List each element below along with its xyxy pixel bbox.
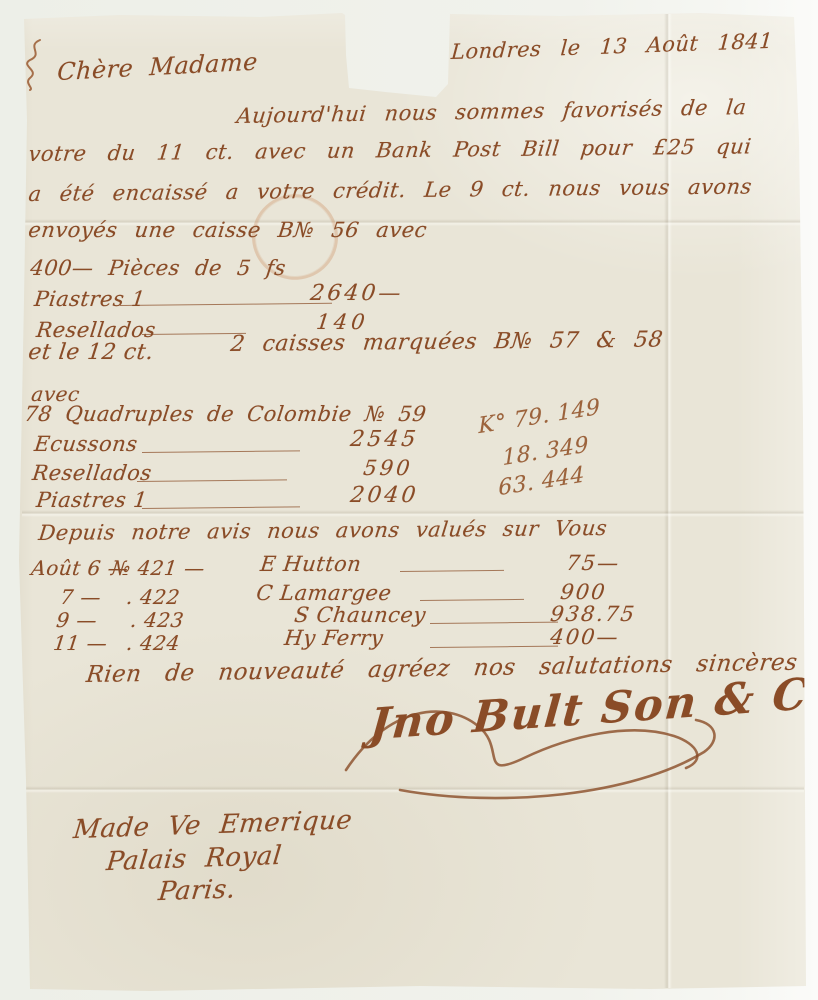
draft-number: . 424 [125, 631, 181, 655]
second-shipment-text: 2 caisses marquées B№ 57 & 58 [229, 327, 664, 357]
ledger-rule [142, 506, 300, 509]
shipment2-row-label: Ecussons [33, 432, 139, 456]
dateline: Londres le 13 Août 1841 [450, 29, 774, 64]
shipment2-row-label: Resellados [31, 461, 153, 485]
address-line-2: Palais Royal [105, 841, 283, 877]
draft-name: C Lamargee [255, 581, 393, 605]
draft-date: 9 — [55, 608, 99, 632]
shipment2-row-label: Piastres 1 [35, 488, 149, 512]
draft-date: 11 — [52, 631, 109, 655]
draft-amount: 400— [549, 625, 621, 649]
draft-name: Hy Ferry [283, 626, 385, 650]
draft-date: 7 — [59, 585, 103, 609]
draft-amount: 938.75 [549, 602, 637, 626]
address-line-3: Paris. [157, 874, 237, 907]
drafts-intro: Depuis notre avis nous avons valués sur … [37, 516, 608, 545]
ledger-rule [120, 303, 332, 306]
shipment1-row-label: Piastres 1 [33, 287, 147, 311]
body-line-3: a été encaissé a votre crédit. Le 9 ct. … [27, 174, 753, 206]
body-line-4: envoyés une caisse B№ 56 avec [27, 218, 428, 242]
vertical-fold-crease [664, 14, 672, 988]
body-line-2: votre du 11 ct. avec un Bank Post Bill p… [27, 134, 753, 166]
shipment2-row-value: 590 [362, 456, 414, 480]
ledger-rule [400, 570, 504, 572]
ledger-rule [142, 450, 300, 453]
shipment1-row-value: 2640— [309, 281, 405, 306]
shipment2-row-value: 2040 [349, 483, 420, 508]
ledger-rule [430, 622, 558, 624]
draft-amount: 900 [559, 580, 608, 604]
letter-scan: Londres le 13 Août 1841 Chère Madame Auj… [0, 0, 818, 1000]
second-shipment-date: et le 12 ct. [27, 340, 155, 365]
salutation: Chère Madame [57, 47, 259, 86]
draft-number: № 421 — [110, 556, 206, 580]
body-line-1: Aujourd'hui nous sommes favorisés de la [235, 95, 747, 128]
draft-name: E Hutton [259, 552, 363, 576]
ledger-rule [420, 599, 524, 601]
draft-name: S Chauncey [293, 603, 427, 627]
ledger-rule [430, 646, 558, 648]
address-line-1: Made Ve Emerique [72, 805, 354, 845]
shipment2-row-value: 2545 [349, 427, 420, 452]
draft-number: . 422 [125, 585, 181, 609]
ledger-rule [142, 333, 246, 335]
shipment1-heading: 400— Pièces de 5 fs [29, 256, 287, 280]
docket-scribble-icon [20, 36, 50, 92]
shipment2-heading: 78 Quadruples de Colombie № 59 [23, 402, 428, 426]
shipment1-row-label: Resellados [35, 318, 157, 342]
draft-number: . 423 [129, 608, 185, 632]
letter-paper: Londres le 13 Août 1841 Chère Madame Auj… [0, 0, 818, 1000]
ledger-rule [137, 479, 287, 482]
draft-amount: 75— [565, 551, 622, 575]
